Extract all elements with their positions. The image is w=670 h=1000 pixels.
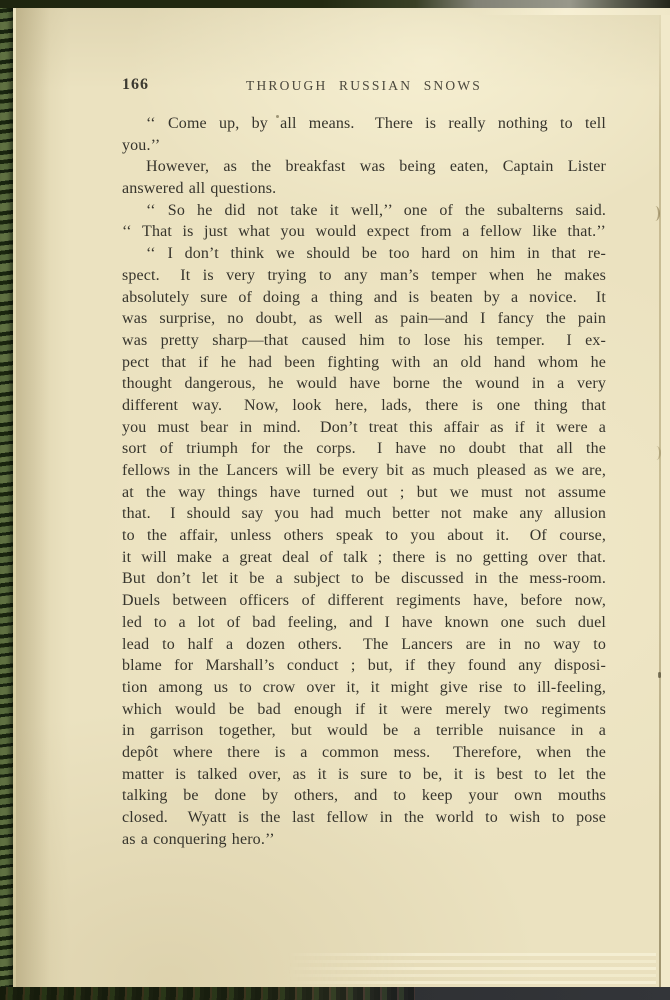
page-header: 166 THROUGH RUSSIAN SNOWS xyxy=(122,76,606,96)
text-line: depôt where there is a common mess. Ther… xyxy=(122,742,606,764)
text-line: thought dangerous, he would have borne t… xyxy=(122,373,606,395)
text-line: But don’t let it be a subject to be disc… xyxy=(122,568,606,590)
text-line: as a conquering hero.’’ xyxy=(122,829,606,851)
body-text: ‘‘ Come up, by all means. There is reall… xyxy=(122,113,606,850)
text-line: matter is talked over, as it is sure to … xyxy=(122,764,606,786)
text-line: tion among us to crow over it, it might … xyxy=(122,677,606,699)
gutter-shadow xyxy=(16,0,50,1000)
text-line: answered all questions. xyxy=(122,178,606,200)
text-line: closed. Wyatt is the last fellow in the … xyxy=(122,807,606,829)
margin-mark xyxy=(658,672,661,678)
text-line: lead to half a dozen others. The Lancers… xyxy=(122,634,606,656)
page-edge-line xyxy=(659,8,661,987)
fore-edge xyxy=(661,8,670,987)
text-line: talking be done by others, and to keep y… xyxy=(122,785,606,807)
text-line: in garrison together, but would be a ter… xyxy=(122,720,606,742)
text-line: ‘‘ I don’t think we should be too hard o… xyxy=(122,243,606,265)
running-title: THROUGH RUSSIAN SNOWS xyxy=(122,78,606,94)
text-line: ‘‘ So he did not take it well,’’ one of … xyxy=(122,200,606,222)
text-line: was surprise, no doubt, as well as pain—… xyxy=(122,308,606,330)
text-line: that. I should say you had much better n… xyxy=(122,503,606,525)
text-line: it will make a great deal of talk ; ther… xyxy=(122,547,606,569)
page-edge-stack xyxy=(286,953,656,987)
text-line: to the affair, unless others speak to yo… xyxy=(122,525,606,547)
text-line: spect. It is very trying to any man’s te… xyxy=(122,265,606,287)
top-page-sliver xyxy=(480,8,670,15)
binding-edge xyxy=(0,0,13,1000)
text-line: different way. Now, look here, lads, the… xyxy=(122,395,606,417)
book-page-scan: 166 THROUGH RUSSIAN SNOWS ‘‘ Come up, by… xyxy=(0,0,670,1000)
text-line: pect that if he had been fighting with a… xyxy=(122,352,606,374)
text-line: you must bear in mind. Don’t treat this … xyxy=(122,417,606,439)
scan-bottom-texture xyxy=(0,987,415,1000)
text-line: blame for Marshall’s conduct ; but, if t… xyxy=(122,655,606,677)
text-line: at the way things have turned out ; but … xyxy=(122,482,606,504)
text-line: absolutely sure of doing a thing and is … xyxy=(122,287,606,309)
scan-speck xyxy=(276,115,279,118)
text-line: sort of triumph for the corps. I have no… xyxy=(122,438,606,460)
text-line: you.’’ xyxy=(122,135,606,157)
text-line: fellows in the Lancers will be every bit… xyxy=(122,460,606,482)
text-line: ‘‘ That is just what you would expect fr… xyxy=(122,221,606,243)
text-line: led to a lot of bad feeling, and I have … xyxy=(122,612,606,634)
text-line: which would be bad enough if it were mer… xyxy=(122,699,606,721)
text-line: However, as the breakfast was being eate… xyxy=(122,156,606,178)
text-line: Duels between officers of different regi… xyxy=(122,590,606,612)
text-line: was pretty sharp—that caused him to lose… xyxy=(122,330,606,352)
scan-top-edge xyxy=(0,0,670,8)
text-line: ‘‘ Come up, by all means. There is reall… xyxy=(122,113,606,135)
